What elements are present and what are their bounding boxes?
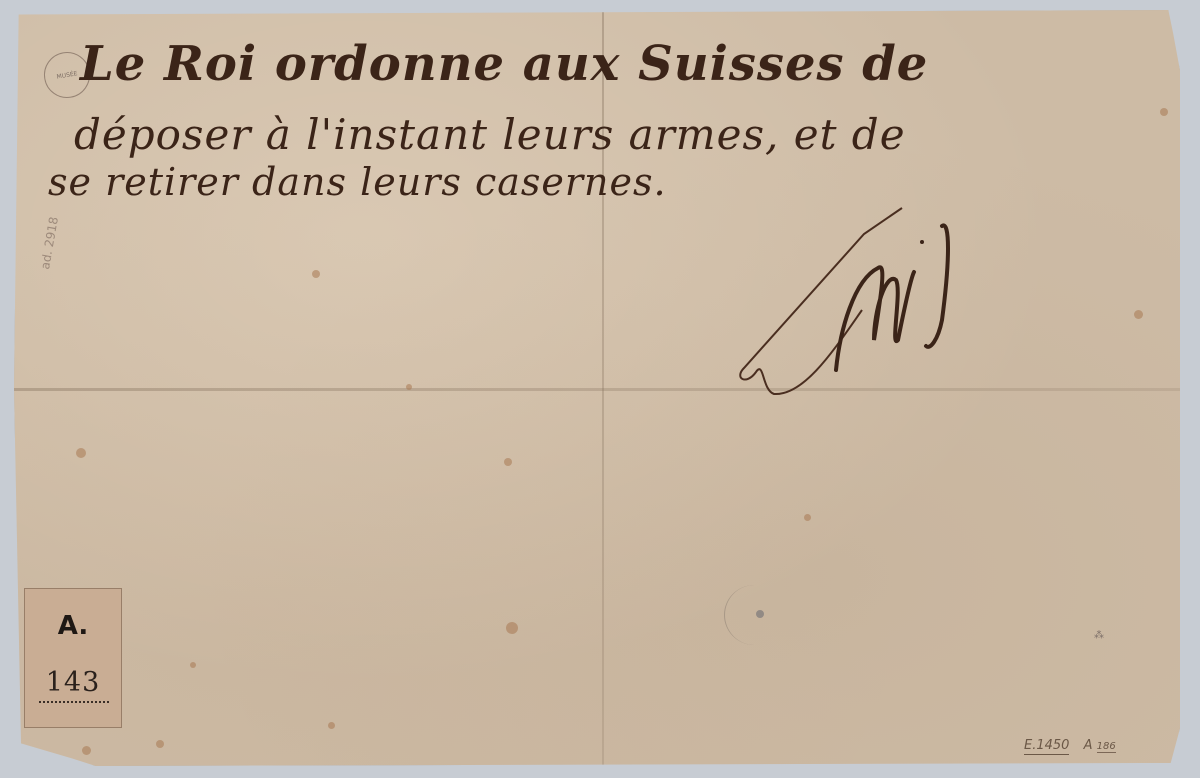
text-line-2: déposer à l'instant leurs armes, et de [74, 110, 906, 159]
foxing-spot [1134, 310, 1143, 319]
foxing-spot [312, 270, 320, 278]
horizontal-fold-line [14, 388, 1180, 391]
royal-signature [714, 200, 974, 400]
archive-label: A. 143 [24, 588, 122, 728]
foxing-spot [804, 514, 811, 521]
inventory-suffix: A [1084, 738, 1093, 753]
inventory-sub: 186 [1097, 741, 1116, 753]
foxing-spot [328, 722, 335, 729]
pencil-annotation: ad. 2918 [38, 216, 61, 271]
archive-series-letter: A. [25, 611, 121, 641]
paper-damage-ring [724, 585, 785, 645]
foxing-spot [190, 662, 196, 668]
text-line-1: Le Roi ordonne aux Suisses de [80, 36, 928, 92]
archive-number: 143 [25, 667, 121, 698]
foxing-spot [82, 746, 91, 755]
inventory-mark: E.1450 A 186 [1024, 738, 1116, 753]
paper-hole [756, 610, 764, 618]
foxing-spot [1160, 108, 1168, 116]
foxing-spot [156, 740, 164, 748]
foxing-spot [506, 622, 518, 634]
foxing-spot [76, 448, 86, 458]
dotted-underline [39, 701, 109, 703]
text-line-3: se retirer dans leurs casernes. [48, 160, 667, 204]
foxing-spot [406, 384, 412, 390]
document-sheet: MUSÉE Le Roi ordonne aux Suisses de dépo… [14, 10, 1180, 766]
foxing-spot [504, 458, 512, 466]
small-ink-mark: ⁂ [1094, 630, 1104, 641]
inventory-reference: E.1450 [1024, 738, 1069, 755]
